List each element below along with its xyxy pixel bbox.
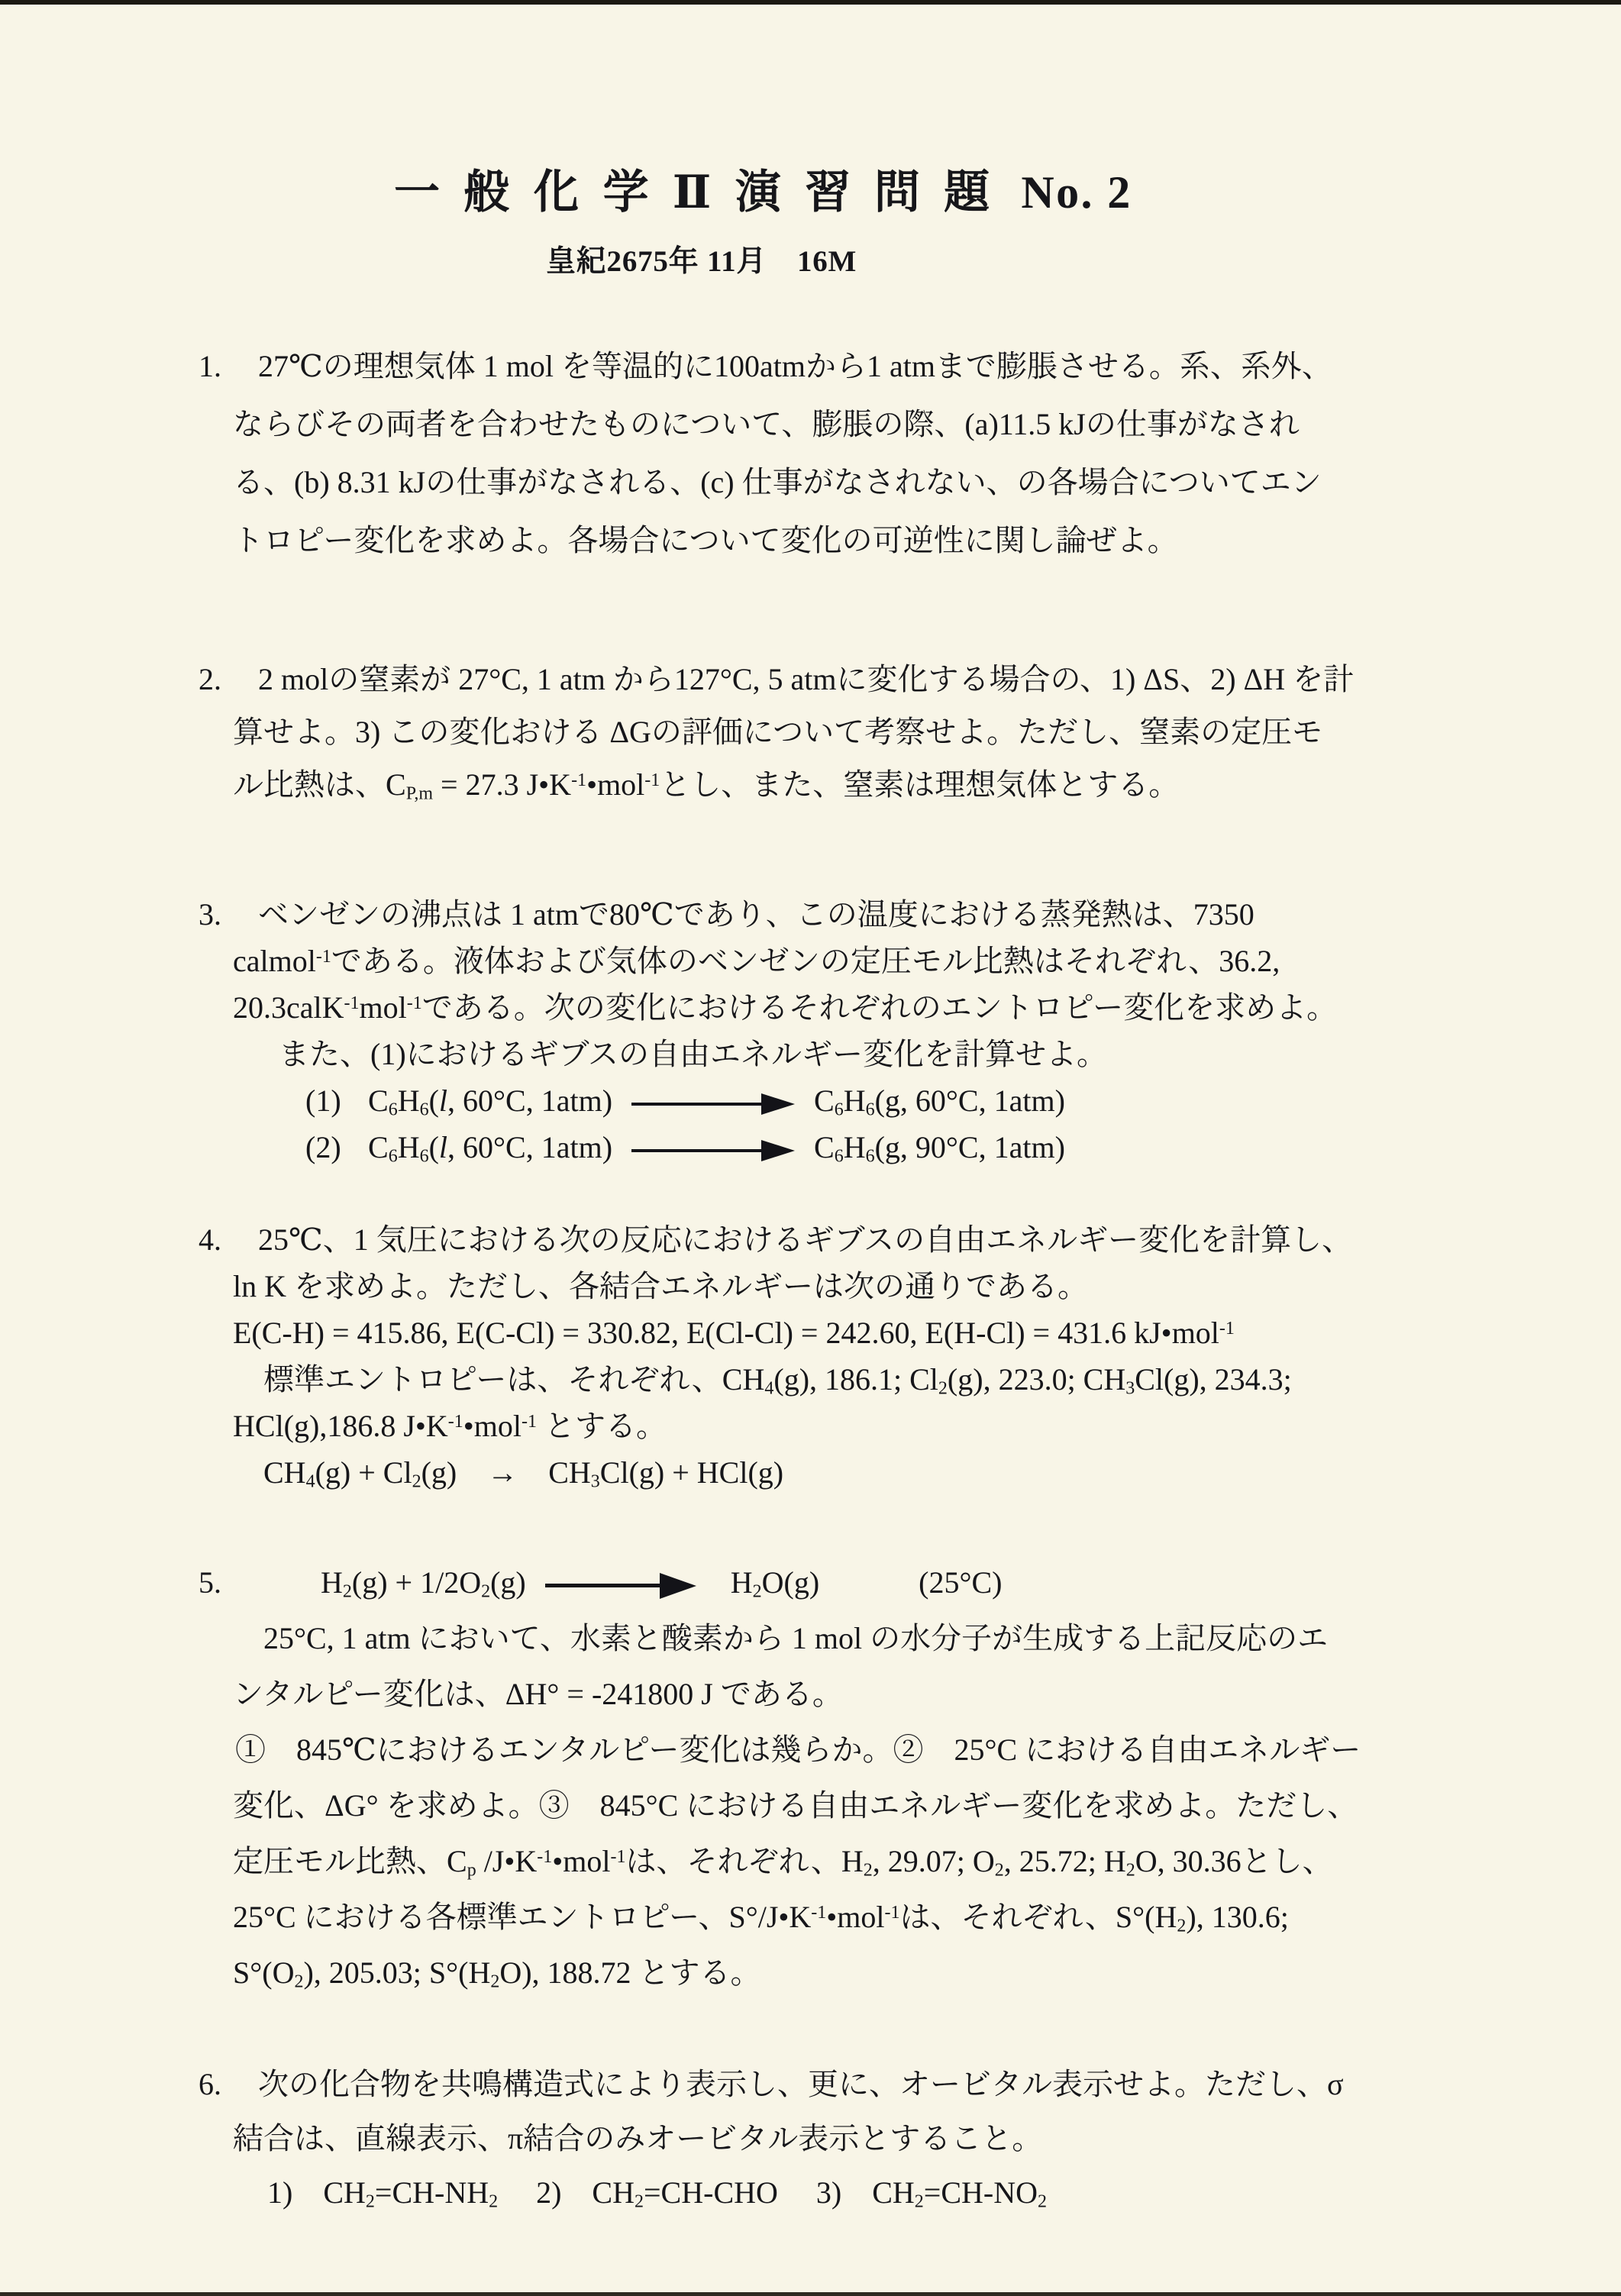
problem-number: 2. <box>199 653 258 706</box>
reaction-arrow-icon <box>545 1573 696 1599</box>
page-title-number: No. 2 <box>1021 167 1132 218</box>
equation-list: (1)C6H6(l, 60°C, 1atm)C6H6(g, 60°C, 1atm… <box>305 1077 1337 1171</box>
text-line: 1.27℃の理想気体 1 mol を等温的に100atmから1 atmまで膨脹さ… <box>199 337 1332 396</box>
problem-number: 1. <box>199 337 258 396</box>
problem-1: 1.27℃の理想気体 1 mol を等温的に100atmから1 atmまで膨脹さ… <box>199 337 1332 570</box>
text-line: ンタルピー変化は、ΔH° = -241800 J である。 <box>233 1666 1361 1722</box>
text-line: 算せよ。3) この変化おける ΔGの評価について考察せよ。ただし、窒素の定圧モ <box>233 706 1354 758</box>
page-title: 一般化学Ⅱ演習問題No. 2 <box>394 166 1132 219</box>
problem-4: 4.25℃、1 気圧における次の反応におけるギブスの自由エネルギー変化を計算し、… <box>199 1216 1352 1496</box>
problem-number: 5. <box>199 1555 321 1610</box>
formula-right: H2O(g) <box>731 1565 819 1600</box>
problem-2: 2.2 molの窒素が 27°C, 1 atm から127°C, 5 atmに変… <box>199 653 1354 811</box>
problem-text: 次の化合物を共鳴構造式により表示し、更に、オービタル表示せよ。ただし、σ <box>258 2067 1344 2101</box>
temperature-note: (25°C) <box>919 1565 1002 1600</box>
text-line: HCl(g),186.8 J•K-1•mol-1 とする。 <box>233 1403 1352 1449</box>
formula-right: C6H6(g, 60°C, 1atm) <box>814 1083 1065 1118</box>
reaction-equation: 5.H2(g) + 1/2O2(g)H2O(g)(25°C) <box>199 1555 1361 1610</box>
reaction-equation: (2)C6H6(l, 60°C, 1atm)C6H6(g, 90°C, 1atm… <box>305 1124 1337 1171</box>
formula-left: C6H6(l, 60°C, 1atm) <box>368 1083 612 1118</box>
reaction-arrow-icon <box>631 1140 795 1161</box>
worksheet-page: { "header": { "title_jp": "一般化学Ⅱ演習問題", "… <box>0 0 1621 2296</box>
page-subtitle: 皇紀2675年 11月 16M <box>546 237 857 280</box>
text-line: る、(b) 8.31 kJの仕事がなされる、(c) 仕事がなされない、の各場合に… <box>233 454 1332 512</box>
reaction-equation: CH4(g) + Cl2(g) → CH3Cl(g) + HCl(g) <box>263 1449 1352 1496</box>
text-line: 25°C における各標準エントロピー、S°/J•K-1•mol-1は、それぞれ、… <box>233 1889 1361 1945</box>
text-line: 25°C, 1 atm において、水素と酸素から 1 mol の水分子が生成する… <box>263 1610 1361 1666</box>
formula-left: H2(g) + 1/2O2(g) <box>321 1565 526 1600</box>
compound-list: 1) CH2=CH-NH2 2) CH2=CH-CHO 3) CH2=CH-NO… <box>267 2165 1344 2220</box>
page-title-japanese: 一般化学Ⅱ演習問題 <box>394 167 1013 218</box>
problem-5: 5.H2(g) + 1/2O2(g)H2O(g)(25°C) 25°C, 1 a… <box>199 1555 1361 2001</box>
text-line: calmol-1である。液体および気体のベンゼンの定圧モル比熱はそれぞれ、36.… <box>233 938 1337 984</box>
text-line: E(C-H) = 415.86, E(C-Cl) = 330.82, E(Cl-… <box>233 1309 1352 1356</box>
text-line: 変化、ΔG° を求めよ。③ 845°C における自由エネルギー変化を求めよ。ただ… <box>233 1778 1361 1833</box>
text-line: 標準エントロピーは、それぞれ、CH4(g), 186.1; Cl2(g), 22… <box>263 1356 1352 1403</box>
text-line: 20.3calK-1mol-1である。次の変化におけるそれぞれのエントロピー変化… <box>233 984 1337 1031</box>
text-line: ル比熱は、CP,m = 27.3 J•K-1•mol-1とし、また、窒素は理想気… <box>233 758 1354 811</box>
reaction-equation: (1)C6H6(l, 60°C, 1atm)C6H6(g, 60°C, 1atm… <box>305 1077 1337 1124</box>
scan-edge-bottom <box>0 2292 1621 2296</box>
equation-label: (2) <box>305 1124 368 1171</box>
text-line: S°(O2), 205.03; S°(H2O), 188.72 とする。 <box>233 1945 1361 2001</box>
problem-number: 3. <box>199 891 258 938</box>
problem-number: 4. <box>199 1216 258 1263</box>
problem-6: 6.次の化合物を共鳴構造式により表示し、更に、オービタル表示せよ。ただし、σ 結… <box>199 2057 1344 2220</box>
problem-text: 27℃の理想気体 1 mol を等温的に100atmから1 atmまで膨脹させる… <box>258 349 1332 383</box>
problem-3: 3.ベンゼンの沸点は 1 atmで80℃であり、この温度における蒸発熱は、735… <box>199 891 1337 1171</box>
problem-text: 25℃、1 気圧における次の反応におけるギブスの自由エネルギー変化を計算し、 <box>258 1222 1352 1257</box>
text-line: 2.2 molの窒素が 27°C, 1 atm から127°C, 5 atmに変… <box>199 653 1354 706</box>
text-line: 6.次の化合物を共鳴構造式により表示し、更に、オービタル表示せよ。ただし、σ <box>199 2057 1344 2111</box>
text-line: ln K を求めよ。ただし、各結合エネルギーは次の通りである。 <box>233 1263 1352 1309</box>
problem-number: 6. <box>199 2057 258 2111</box>
problem-text: ベンゼンの沸点は 1 atmで80℃であり、この温度における蒸発熱は、7350 <box>258 897 1254 932</box>
text-line: 4.25℃、1 気圧における次の反応におけるギブスの自由エネルギー変化を計算し、 <box>199 1216 1352 1263</box>
reaction-arrow-icon <box>631 1093 795 1115</box>
formula-right: C6H6(g, 90°C, 1atm) <box>814 1130 1065 1164</box>
text-line: また、(1)におけるギブスの自由エネルギー変化を計算せよ。 <box>279 1031 1337 1077</box>
formula-left: C6H6(l, 60°C, 1atm) <box>368 1130 612 1164</box>
text-line: 結合は、直線表示、π結合のみオービタル表示とすること。 <box>233 2111 1344 2165</box>
text-line: 定圧モル比熱、Cp /J•K-1•mol-1は、それぞれ、H2, 29.07; … <box>233 1833 1361 1889</box>
text-line: トロピー変化を求めよ。各場合について変化の可逆性に関し論ぜよ。 <box>233 512 1332 570</box>
scan-edge-top <box>0 0 1621 5</box>
problem-text: 2 molの窒素が 27°C, 1 atm から127°C, 5 atmに変化す… <box>258 662 1354 696</box>
equation-label: (1) <box>305 1077 368 1124</box>
text-line: ならびその両者を合わせたものについて、膨脹の際、(a)11.5 kJの仕事がなさ… <box>233 396 1332 454</box>
text-line: 3.ベンゼンの沸点は 1 atmで80℃であり、この温度における蒸発熱は、735… <box>199 891 1337 938</box>
text-line: ① 845℃におけるエンタルピー変化は幾らか。② 25°C における自由エネルギ… <box>235 1722 1361 1778</box>
